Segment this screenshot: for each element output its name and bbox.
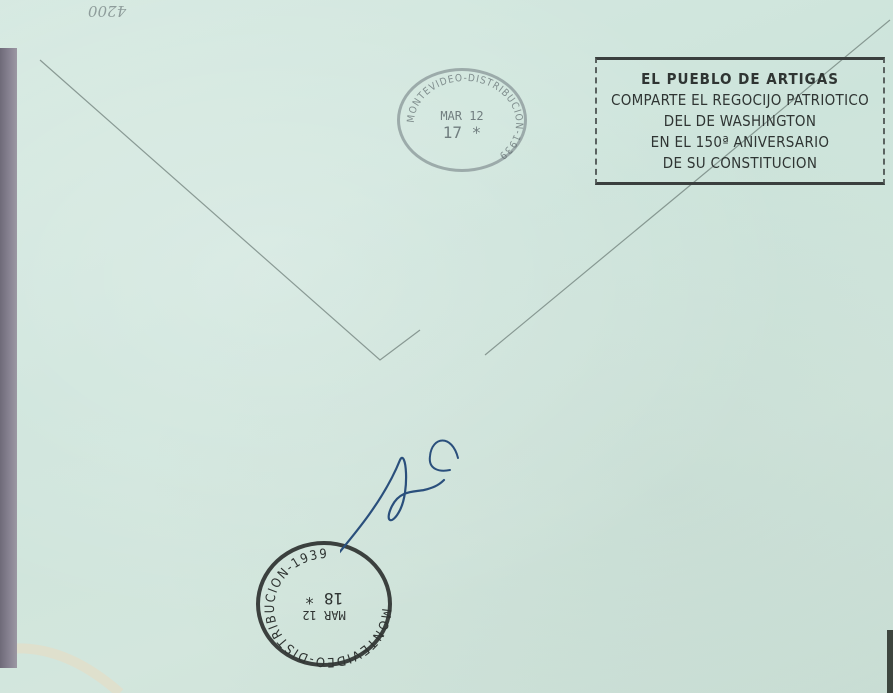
slogan-line: DE SU CONSTITUCION: [663, 153, 818, 174]
postmark-date: MAR 12: [260, 608, 388, 622]
slogan-line: EL PUEBLO DE ARTIGAS: [641, 69, 839, 90]
censor-tape-strip: [0, 48, 17, 668]
pencil-note: 4200: [88, 2, 126, 20]
postmark-number: 18 *: [260, 589, 388, 608]
postmark-number: 17 *: [400, 123, 524, 142]
envelope-edge-shadow: [887, 630, 893, 693]
slogan-line: COMPARTE EL REGOCIJO PATRIOTICO: [611, 90, 869, 111]
slogan-cancel: EL PUEBLO DE ARTIGAS COMPARTE EL REGOCIJ…: [595, 57, 885, 185]
postmark-top: MONTEVIDEO-DISTRIBUCION-1939 MAR 12 17 *: [397, 68, 527, 172]
slogan-line: EN EL 150ª ANIVERSARIO: [651, 132, 830, 153]
postmark-date: MAR 12: [400, 109, 524, 123]
slogan-line: DEL DE WASHINGTON: [664, 111, 816, 132]
postmark-bottom: MONTEVIDEO-DISTRIBUCION-1939 MAR 12 18 *: [256, 541, 392, 667]
